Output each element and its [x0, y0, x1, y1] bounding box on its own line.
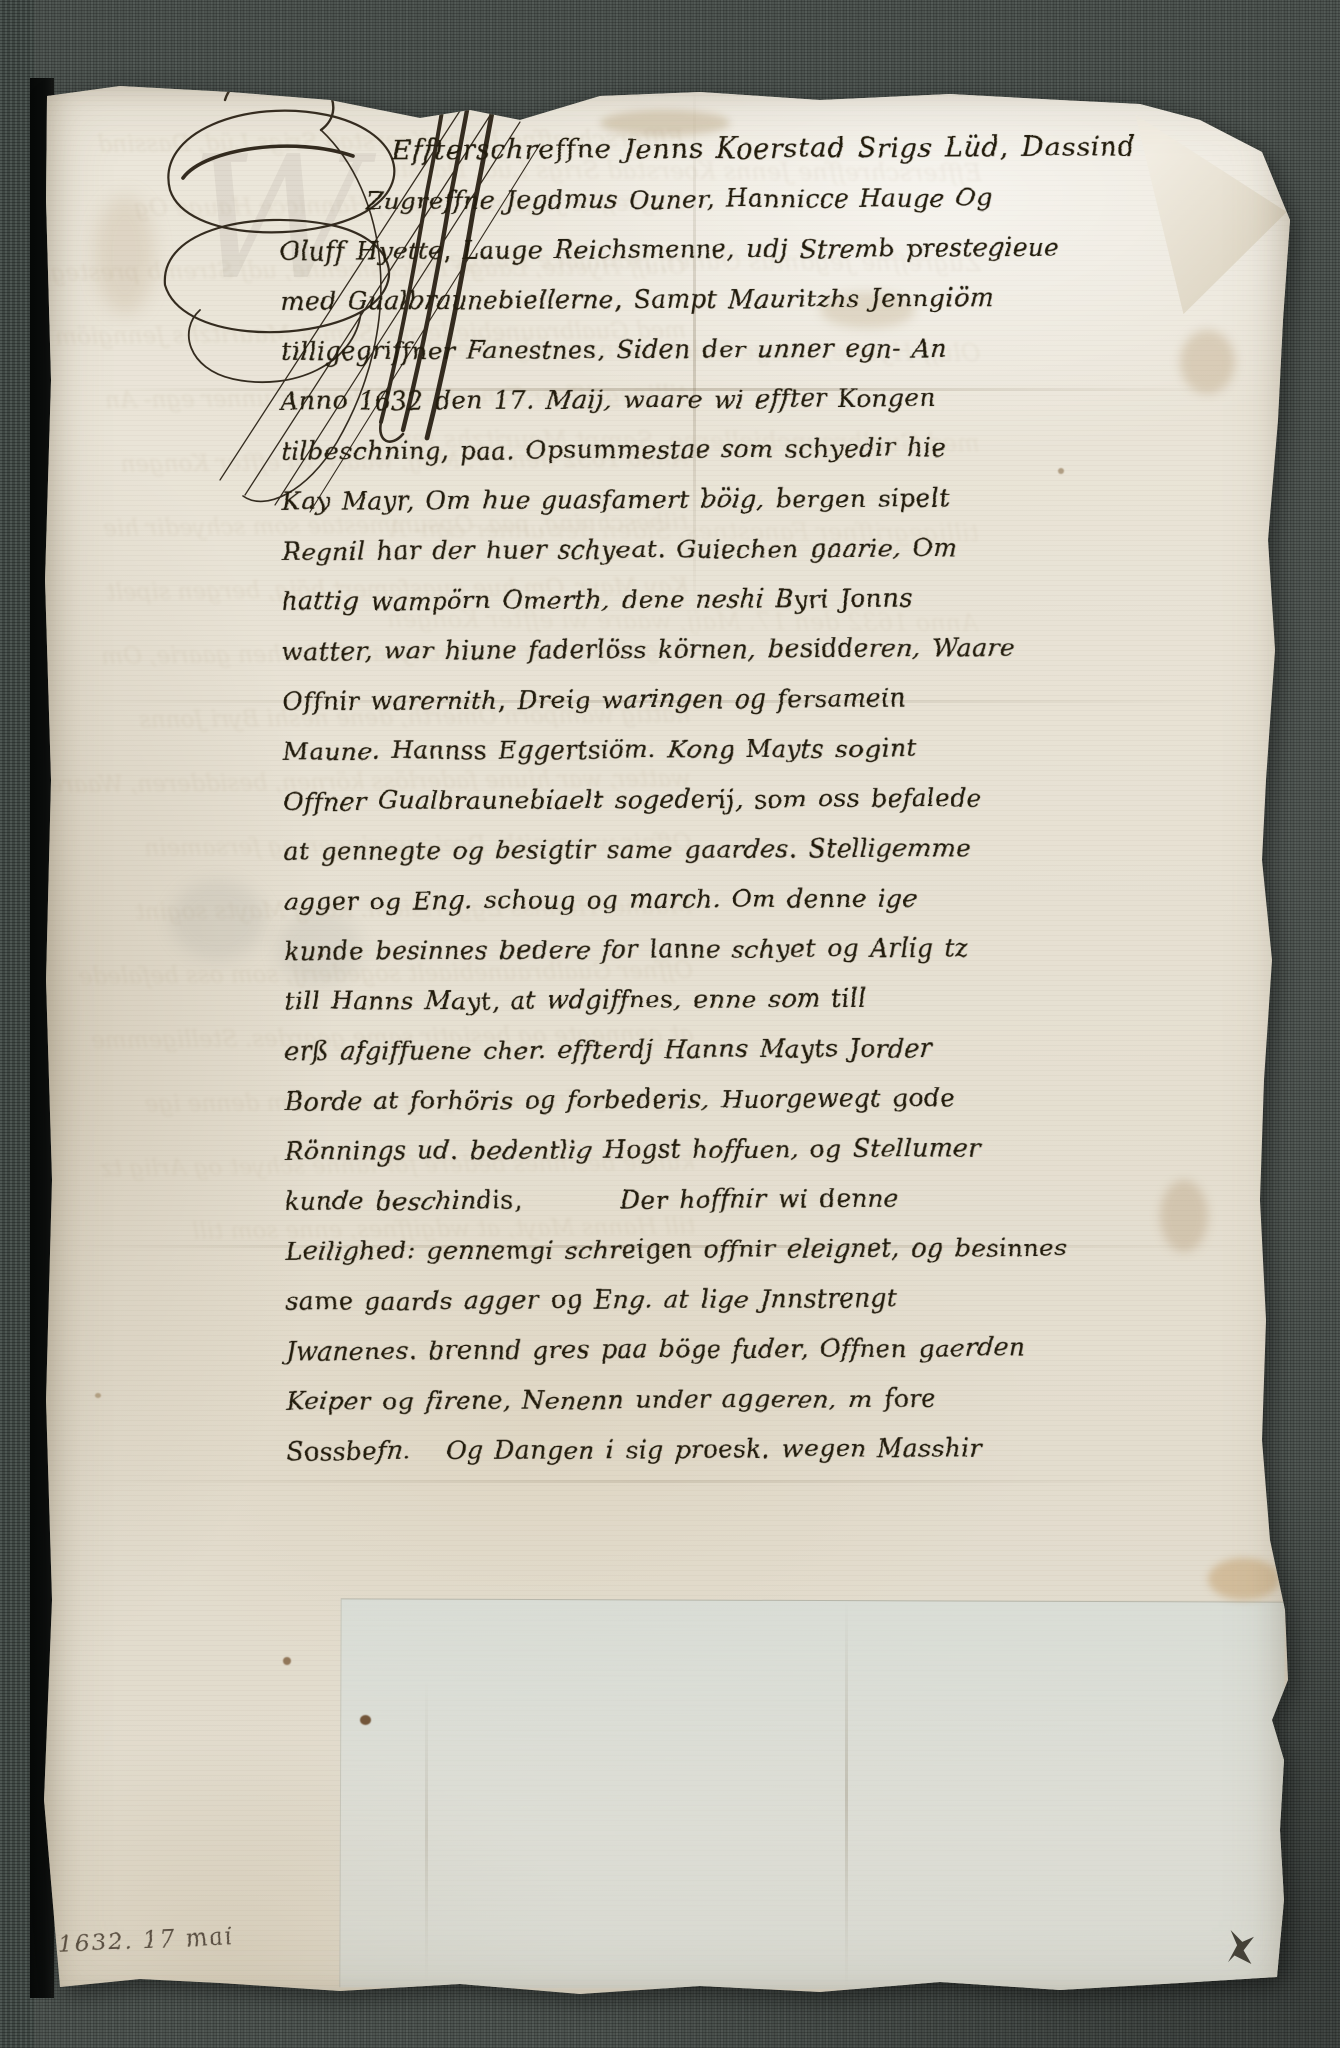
- manuscript-line: tilligegriffner Fanestnes, Siden der unn…: [281, 323, 1021, 377]
- stain: [1160, 1180, 1208, 1252]
- stain: [1058, 468, 1064, 474]
- manuscript-line: watter, war hiune faderlöss körnen, besi…: [282, 623, 1022, 677]
- stain: [1180, 330, 1235, 394]
- stain: [1208, 1558, 1280, 1600]
- archive-photograph: Effterschreffne Jenns Koerstad Srigs Lüd…: [0, 0, 1340, 2048]
- manuscript-line: Kay Mayr, Om hue guasfamert böig, bergen…: [281, 473, 1021, 527]
- manuscript-line: kunde besinnes bedere for lanne schyet o…: [284, 923, 1024, 977]
- manuscript-line: Offnir warernith, Dreig waringen og fers…: [282, 673, 1022, 727]
- fold-crease-vertical: [845, 1600, 848, 1990]
- manuscript-line: Sossbefn. Og Dangen i sig proesk. wegen …: [286, 1423, 1026, 1477]
- manuscript-text: Effterschreffne Jenns Koerstad Srigs Lüd…: [279, 123, 1026, 1477]
- manuscript-line: same gaards agger og Eng. at lige Jnnstr…: [285, 1273, 1025, 1327]
- manuscript-line: tilbeschning, paa. Opsummestae som schye…: [281, 423, 1021, 477]
- manuscript-page: Effterschreffne Jenns Koerstad Srigs Lüd…: [40, 80, 1296, 2005]
- fold-crease-horizontal: [80, 1480, 1230, 1483]
- manuscript-line: Maune. Hannss Eggertsiöm. Kong Mayts sog…: [283, 723, 1023, 777]
- stain: [95, 1393, 101, 1398]
- stain: [170, 880, 266, 960]
- manuscript-line: Anno 1632 den 17. Maij, waare wi effter …: [281, 373, 1021, 427]
- fold-crease-vertical: [425, 1680, 428, 1985]
- manuscript-line: erß afgiffuene cher. effterdj Hanns Mayt…: [284, 1023, 1024, 1077]
- manuscript-line: kunde beschindis, Der hoffnir wi denne: [285, 1173, 1025, 1227]
- date-annotation: 1632. 17 mai: [58, 1924, 236, 1958]
- manuscript-line: Regnil har der huer schyeat. Guiechen ga…: [282, 523, 1022, 577]
- paper-wrap: Effterschreffne Jenns Koerstad Srigs Lüd…: [0, 0, 1340, 2048]
- manuscript-line: till Hanns Mayt, at wdgiffnes, enne som …: [284, 973, 1024, 1027]
- manuscript-line: Zugreffne Jegdmus Ouner, Hannicce Hauge …: [366, 173, 1020, 226]
- folded-corner: [1125, 96, 1297, 328]
- repair-patch: [339, 1598, 1284, 1990]
- manuscript-line: Keiper og firene, Nenenn under aggeren, …: [286, 1373, 1026, 1427]
- manuscript-line: at gennegte og besigtir same gaardes. St…: [283, 823, 1023, 877]
- manuscript-line: agger og Eng. schoug og march. Om denne …: [283, 873, 1023, 927]
- manuscript-line: Jwanenes. brennd gres paa böge fuder, Of…: [286, 1323, 1026, 1377]
- stain: [283, 1657, 291, 1665]
- manuscript-line: Leilighed: gennemgi schreigen offnir ele…: [285, 1223, 1025, 1277]
- manuscript-line: hattig wampörn Omerth, dene neshi Byri J…: [282, 573, 1022, 627]
- manuscript-line: Oluff Hyette, Lauge Reichsmenne, udj Str…: [280, 223, 1020, 277]
- manuscript-line: med Gualbraunebiellerne, Sampt Mauritzhs…: [280, 273, 1020, 327]
- manuscript-line: Rönnings ud. bedentlig Hogst hoffuen, og…: [285, 1123, 1025, 1177]
- manuscript-line: Offner Gualbraunebiaelt sogederij, som o…: [283, 773, 1023, 827]
- manuscript-line: Borde at forhöris og forbederis, Huorgew…: [284, 1073, 1024, 1127]
- manuscript-line: Effterschreffne Jenns Koerstad Srigs Lüd…: [391, 123, 1019, 176]
